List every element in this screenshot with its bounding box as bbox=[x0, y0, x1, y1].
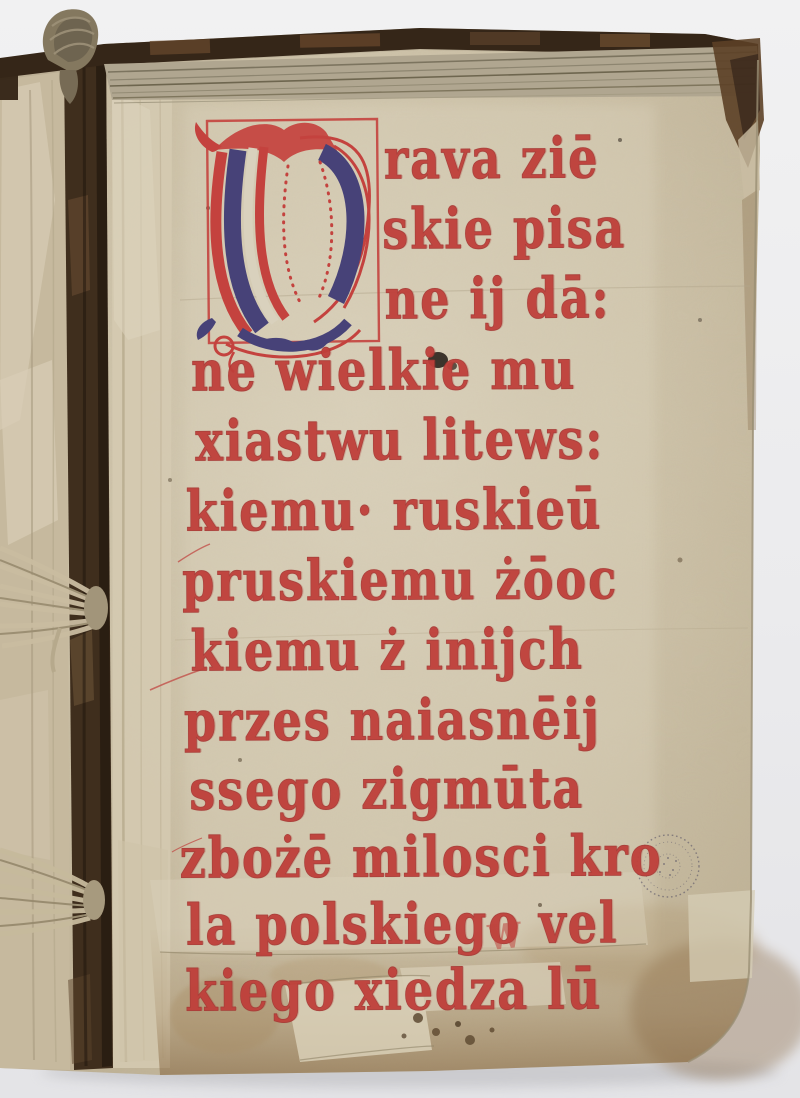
manuscript-line-4: ne wielkie mu bbox=[191, 336, 577, 404]
manuscript-line-5: xiastwu litews: bbox=[195, 406, 604, 474]
manuscript-line-6: kiemu· ruskieū bbox=[186, 476, 603, 544]
manuscript-line-2: skie pisa bbox=[382, 195, 626, 262]
manuscript-line-13: kiego xiedza lū bbox=[185, 956, 602, 1024]
manuscript-line-9: przes naiasnēij bbox=[184, 686, 601, 754]
manuscript-photo: rava ziē skie pisa ne ij dā: ne wielkie … bbox=[0, 0, 800, 1098]
manuscript-line-8: kiemu ż inijch bbox=[190, 616, 584, 684]
manuscript-line-7: pruskiemu żōoc bbox=[182, 546, 618, 614]
manuscript-line-3: ne ij dā: bbox=[385, 265, 611, 332]
manuscript-line-11: zbożē milosci kro bbox=[179, 823, 662, 891]
manuscript-line-10: ssego zigmūta bbox=[189, 755, 584, 823]
catchword-mark: W bbox=[486, 916, 524, 960]
manuscript-line-1: rava ziē bbox=[384, 125, 600, 192]
manuscript-line-12: la polskiego vel bbox=[186, 890, 619, 958]
manuscript-text: rava ziē skie pisa ne ij dā: ne wielkie … bbox=[0, 0, 800, 1098]
